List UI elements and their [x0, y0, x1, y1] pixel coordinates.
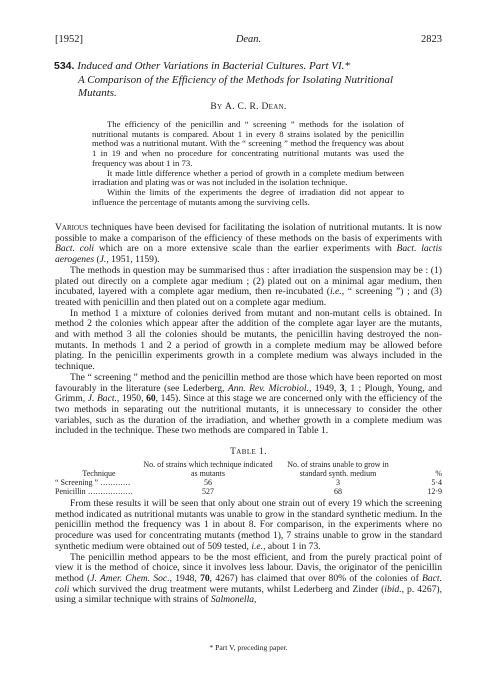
cell-unable: 68 [273, 487, 403, 496]
title-line-2: A Comparison of the Efficiency of the Me… [60, 74, 442, 88]
col-header-indicated: No. of strains which technique indicated… [143, 460, 273, 478]
abstract-paragraph: Within the limits of the experiments the… [92, 188, 404, 207]
abstract-paragraph: The efficiency of the penicillin and “ s… [92, 120, 404, 169]
abstract: The efficiency of the penicillin and “ s… [92, 120, 404, 207]
page-number: 2823 [421, 34, 442, 45]
title-line-3: Mutants. [60, 87, 442, 101]
col-header-technique: Technique [55, 460, 143, 478]
cell-indicated: 56 [143, 478, 273, 487]
cell-percent: 5·4 [403, 478, 442, 487]
table-1: Table 1. Technique No. of strains which … [55, 448, 442, 496]
running-head: [1952] Dean. 2823 [55, 34, 442, 48]
paragraph-method-details: In method 1 a mixture of colonies derive… [55, 309, 442, 373]
table-header-row: Technique No. of strains which technique… [55, 460, 442, 478]
table-row: “ Screening ” ............ 56 3 5·4 [55, 478, 442, 487]
cell-percent: 12·9 [403, 487, 442, 496]
title-line-1: Induced and Other Variations in Bacteria… [77, 60, 350, 72]
cell-unable: 3 [273, 478, 403, 487]
paragraph-methods: The methods in question may be summarise… [55, 266, 442, 309]
running-head-author: Dean. [55, 34, 442, 45]
paragraph-results: From these results it will be seen that … [55, 499, 442, 553]
paragraph-discussion: The penicillin method appears to be the … [55, 553, 442, 607]
col-header-percent: % [403, 460, 442, 478]
body-text: Various techniques have been devised for… [55, 223, 442, 437]
paragraph-intro: Various techniques have been devised for… [55, 223, 442, 266]
table-caption: Table 1. [55, 448, 442, 457]
byline-prefix: By [210, 102, 222, 112]
byline: By A. C. R. Dean. [55, 102, 442, 112]
paragraph-literature: The “ screening ” method and the penicil… [55, 373, 442, 437]
results-table: Technique No. of strains which technique… [55, 460, 442, 496]
article-title: 534. Induced and Other Variations in Bac… [60, 60, 442, 101]
article-number: 534. [54, 60, 74, 72]
col-header-unable: No. of strains unable to grow in standar… [273, 460, 403, 478]
body-text-continued: From these results it will be seen that … [55, 499, 442, 606]
cell-technique: “ Screening ” ............ [55, 478, 143, 487]
cell-technique: Penicillin .................. [55, 487, 143, 496]
cell-indicated: 527 [143, 487, 273, 496]
footnote: * Part V, preceding paper. [55, 643, 442, 652]
table-row: Penicillin .................. 527 68 12·… [55, 487, 442, 496]
abstract-paragraph: It made little difference whether a peri… [92, 169, 404, 188]
author-name: A. C. R. Dean. [225, 102, 287, 112]
